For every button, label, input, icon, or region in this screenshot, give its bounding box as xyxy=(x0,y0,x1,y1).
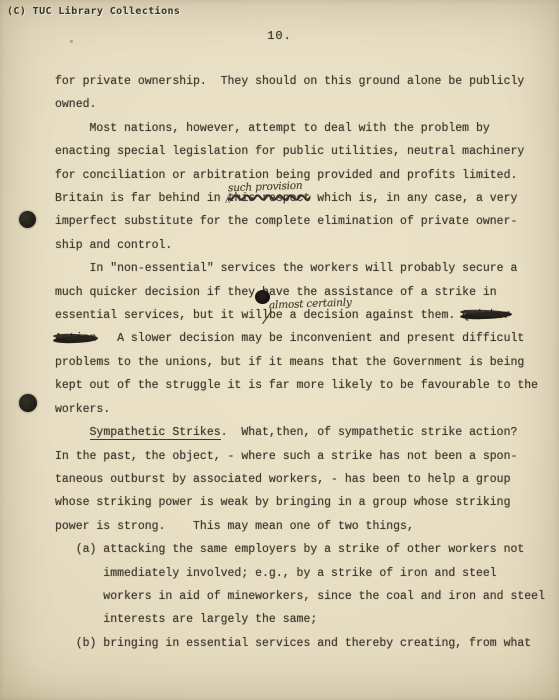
text-segment: immediately involved; e.g., by a strike … xyxy=(55,567,497,580)
scribble-text: Quicker xyxy=(462,304,510,327)
text-line: In the past, the object, - where such a … xyxy=(55,445,555,468)
handwritten-annotation: almost certainly xyxy=(269,297,352,312)
text-line: Sympathetic Strikes. What,then, of sympa… xyxy=(55,421,555,444)
scribble-text: Action xyxy=(55,327,96,350)
text-segment: which is, in any case, a very xyxy=(310,192,517,205)
hole-punch-bottom xyxy=(19,394,37,412)
caret-up-mark: ^ xyxy=(225,192,231,215)
text-line: enacting special legislation for public … xyxy=(55,140,555,163)
page-number: 10. xyxy=(0,29,559,43)
text-segment: taneous outburst by associated workers, … xyxy=(55,473,510,486)
underline-text: Sympathetic Strikes xyxy=(90,426,221,439)
text-line: whose striking power is weak by bringing… xyxy=(55,491,555,514)
text-segment: essential services, but it will xyxy=(55,309,269,322)
watermark: (C) TUC Library Collections xyxy=(7,6,180,17)
text-segment: enacting special legislation for public … xyxy=(55,145,524,158)
text-line: imperfect substitute for the complete el… xyxy=(55,210,555,233)
document-page: (C) TUC Library Collections 10. for priv… xyxy=(0,0,559,700)
text-segment: Most nations, however, attempt to deal w… xyxy=(55,122,490,135)
text-segment: ship and control. xyxy=(55,239,172,252)
text-segment: Britain is far behind in xyxy=(55,192,228,205)
text-segment: owned. xyxy=(55,98,96,111)
text-line: Britain is far behind in this respect^su… xyxy=(55,187,555,210)
text-line: owned. xyxy=(55,93,555,116)
text-segment: imperfect substitute for the complete el… xyxy=(55,215,517,228)
handwritten-annotation: such provision xyxy=(227,180,302,195)
paper-speck xyxy=(70,40,73,43)
text-line: Most nations, however, attempt to deal w… xyxy=(55,117,555,140)
text-line: essential services, but it willbe a deci… xyxy=(55,304,555,327)
caret-slash-mark: / xyxy=(263,308,271,329)
text-segment: (b) bringing in essential services and t… xyxy=(55,637,531,650)
ink-dot-icon xyxy=(255,290,270,304)
strike-text: this respect^such provision xyxy=(228,192,311,205)
text-line: workers. xyxy=(55,398,555,421)
text-line: interests are largely the same; xyxy=(55,608,555,631)
text-segment: (a) attacking the same employers by a st… xyxy=(55,543,524,556)
text-line: In "non-essential" services the workers … xyxy=(55,257,555,280)
text-segment: have the assistance of a strike in xyxy=(255,286,497,299)
text-line: much quicker decision if they have the a… xyxy=(55,281,555,304)
text-line: workers in aid of mineworkers, since the… xyxy=(55,585,555,608)
hole-punch-top xyxy=(19,211,36,228)
text-segment: be a decision against them. /almost cert… xyxy=(269,309,462,322)
text-segment: . What,then, of sympathetic strike actio… xyxy=(221,426,518,439)
text-segment: workers in aid of mineworkers, since the… xyxy=(55,590,545,603)
typewritten-text-block: for private ownership. They should on th… xyxy=(55,70,555,655)
text-segment: whose striking power is weak by bringing… xyxy=(55,496,510,509)
text-segment: power is strong. This may mean one of tw… xyxy=(55,520,414,533)
text-segment xyxy=(55,426,90,439)
text-segment: kept out of the struggle it is far more … xyxy=(55,379,538,392)
text-line: kept out of the struggle it is far more … xyxy=(55,374,555,397)
text-line: ship and control. xyxy=(55,234,555,257)
text-segment: In the past, the object, - where such a … xyxy=(55,450,517,463)
text-segment: for conciliation or arbitration being pr… xyxy=(55,169,517,182)
text-segment: A slower decision may be inconvenient an… xyxy=(96,332,524,345)
text-segment: In "non-essential" services the workers … xyxy=(55,262,517,275)
text-segment: for private ownership. They should on th… xyxy=(55,75,524,88)
text-segment: workers. xyxy=(55,403,110,416)
text-line: taneous outburst by associated workers, … xyxy=(55,468,555,491)
text-line: problems to the unions, but if it means … xyxy=(55,351,555,374)
text-line: (b) bringing in essential services and t… xyxy=(55,632,555,655)
text-line: (a) attacking the same employers by a st… xyxy=(55,538,555,561)
text-line: power is strong. This may mean one of tw… xyxy=(55,515,555,538)
text-segment: problems to the unions, but if it means … xyxy=(55,356,524,369)
text-line: immediately involved; e.g., by a strike … xyxy=(55,562,555,585)
text-segment: interests are largely the same; xyxy=(55,613,317,626)
text-segment: much quicker decision if they xyxy=(55,286,255,299)
text-line: for private ownership. They should on th… xyxy=(55,70,555,93)
text-line: for conciliation or arbitration being pr… xyxy=(55,164,555,187)
text-line: Action A slower decision may be inconven… xyxy=(55,327,555,350)
